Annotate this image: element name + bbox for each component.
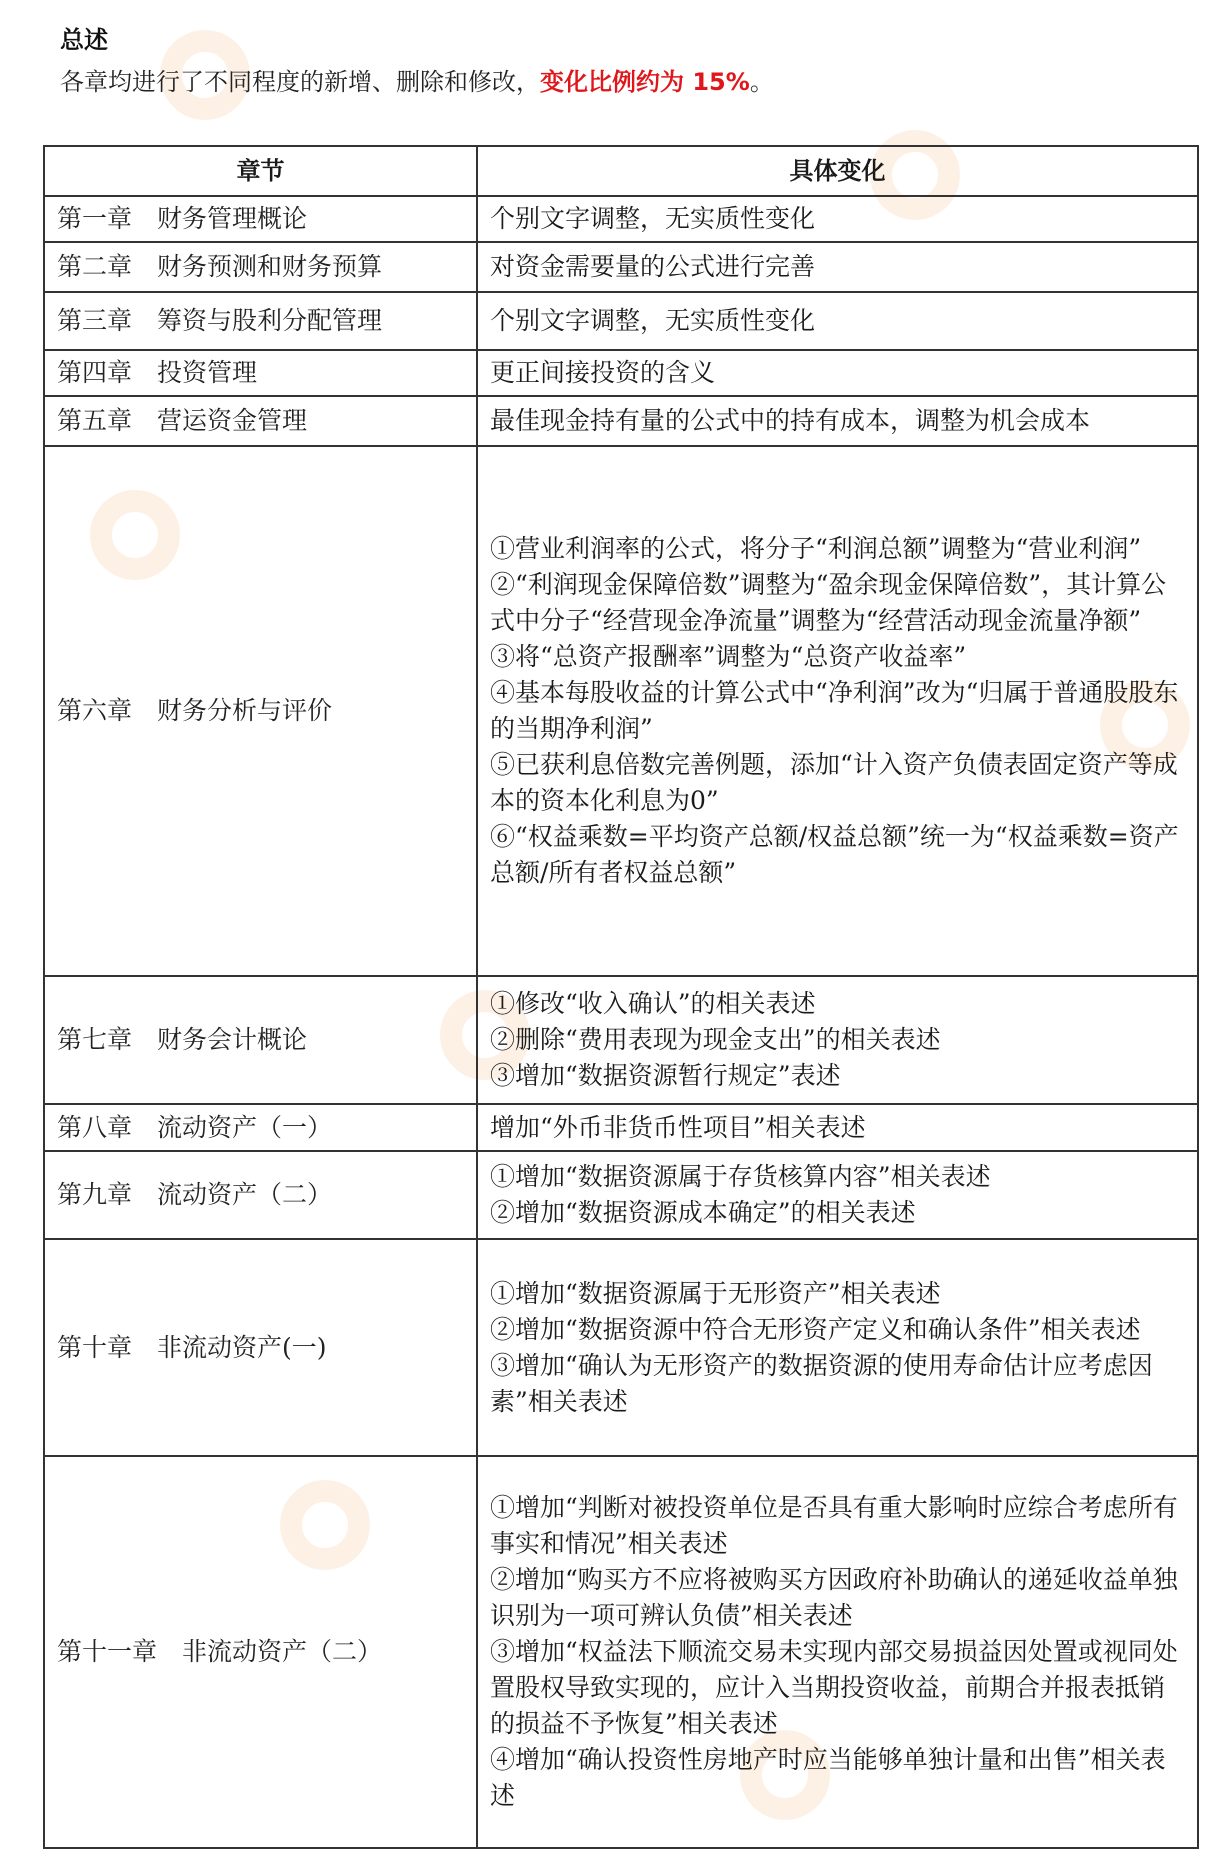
table-row: 第一章 财务管理概论个别文字调整，无实质性变化	[44, 196, 1198, 242]
change-item: ③增加“数据资源暂行规定”表述	[490, 1058, 1185, 1094]
chapter-cell: 第七章 财务会计概论	[44, 976, 477, 1104]
change-item: ④基本每股收益的计算公式中“净利润”改为“归属于普通股股东的当期净利润”	[490, 675, 1185, 747]
change-item: ②增加“数据资源成本确定”的相关表述	[490, 1195, 1185, 1231]
change-item: ②删除“费用表现为现金支出”的相关表述	[490, 1022, 1185, 1058]
change-item: ③增加“权益法下顺流交易未实现内部交易损益因处置或视同处置股权导致实现的，应计入…	[490, 1634, 1185, 1742]
changes-cell: ①增加“判断对被投资单位是否具有重大影响时应综合考虑所有事实和情况”相关表述②增…	[477, 1456, 1198, 1848]
chapter-cell: 第八章 流动资产（一）	[44, 1104, 477, 1151]
change-item: ③增加“确认为无形资产的数据资源的使用寿命估计应考虑因素”相关表述	[490, 1348, 1185, 1420]
changes-cell: ①营业利润率的公式，将分子“利润总额”调整为“营业利润”②“利润现金保障倍数”调…	[477, 446, 1198, 976]
change-item: 最佳现金持有量的公式中的持有成本，调整为机会成本	[490, 403, 1185, 439]
summary-highlight: 变化比例约为 15%	[540, 68, 750, 96]
change-item: 个别文字调整，无实质性变化	[490, 201, 1185, 237]
change-item: ②“利润现金保障倍数”调整为“盈余现金保障倍数”，其计算公式中分子“经营现金净流…	[490, 567, 1185, 639]
table-row: 第六章 财务分析与评价①营业利润率的公式，将分子“利润总额”调整为“营业利润”②…	[44, 446, 1198, 976]
changes-cell: ①修改“收入确认”的相关表述②删除“费用表现为现金支出”的相关表述③增加“数据资…	[477, 976, 1198, 1104]
change-item: ⑥“权益乘数=平均资产总额/权益总额”统一为“权益乘数=资产总额/所有者权益总额…	[490, 819, 1185, 891]
table-header-row: 章节 具体变化	[44, 146, 1198, 196]
change-item: ④增加“确认投资性房地产时应当能够单独计量和出售”相关表述	[490, 1742, 1185, 1814]
table-row: 第三章 筹资与股利分配管理个别文字调整，无实质性变化	[44, 292, 1198, 350]
changes-cell: ①增加“数据资源属于存货核算内容”相关表述②增加“数据资源成本确定”的相关表述	[477, 1151, 1198, 1239]
change-item: 对资金需要量的公式进行完善	[490, 249, 1185, 285]
chapter-cell: 第九章 流动资产（二）	[44, 1151, 477, 1239]
summary-text: 各章均进行了不同程度的新增、删除和修改，变化比例约为 15%。	[60, 62, 774, 97]
table-row: 第十章 非流动资产(一)①增加“数据资源属于无形资产”相关表述②增加“数据资源中…	[44, 1239, 1198, 1456]
changes-cell: 增加“外币非货币性项目”相关表述	[477, 1104, 1198, 1151]
changes-cell: 对资金需要量的公式进行完善	[477, 242, 1198, 292]
chapter-cell: 第十章 非流动资产(一)	[44, 1239, 477, 1456]
section-title: 总述	[60, 20, 108, 55]
summary-suffix: 。	[750, 68, 774, 96]
table-row: 第二章 财务预测和财务预算对资金需要量的公式进行完善	[44, 242, 1198, 292]
chapter-cell: 第四章 投资管理	[44, 350, 477, 396]
change-item: ①营业利润率的公式，将分子“利润总额”调整为“营业利润”	[490, 531, 1185, 567]
change-item: ⑤已获利息倍数完善例题，添加“计入资产负债表固定资产等成本的资本化利息为0”	[490, 747, 1185, 819]
changes-cell: 更正间接投资的含义	[477, 350, 1198, 396]
change-item: 更正间接投资的含义	[490, 355, 1185, 391]
change-item: ①增加“数据资源属于存货核算内容”相关表述	[490, 1159, 1185, 1195]
change-item: ③将“总资产报酬率”调整为“总资产收益率”	[490, 639, 1185, 675]
changes-cell: 个别文字调整，无实质性变化	[477, 292, 1198, 350]
change-item: ①增加“判断对被投资单位是否具有重大影响时应综合考虑所有事实和情况”相关表述	[490, 1490, 1185, 1562]
summary-prefix: 各章均进行了不同程度的新增、删除和修改，	[60, 68, 540, 96]
header-chapter: 章节	[44, 146, 477, 196]
header-changes: 具体变化	[477, 146, 1198, 196]
table-row: 第九章 流动资产（二）①增加“数据资源属于存货核算内容”相关表述②增加“数据资源…	[44, 1151, 1198, 1239]
change-item: ①增加“数据资源属于无形资产”相关表述	[490, 1276, 1185, 1312]
change-item: 增加“外币非货币性项目”相关表述	[490, 1110, 1185, 1146]
chapter-cell: 第二章 财务预测和财务预算	[44, 242, 477, 292]
changes-cell: ①增加“数据资源属于无形资产”相关表述②增加“数据资源中符合无形资产定义和确认条…	[477, 1239, 1198, 1456]
table-row: 第八章 流动资产（一）增加“外币非货币性项目”相关表述	[44, 1104, 1198, 1151]
chapter-cell: 第一章 财务管理概论	[44, 196, 477, 242]
table-row: 第四章 投资管理更正间接投资的含义	[44, 350, 1198, 396]
table-body: 第一章 财务管理概论个别文字调整，无实质性变化第二章 财务预测和财务预算对资金需…	[44, 196, 1198, 1848]
table-row: 第十一章 非流动资产（二）①增加“判断对被投资单位是否具有重大影响时应综合考虑所…	[44, 1456, 1198, 1848]
change-item: 个别文字调整，无实质性变化	[490, 303, 1185, 339]
change-item: ②增加“购买方不应将被购买方因政府补助确认的递延收益单独识别为一项可辨认负债”相…	[490, 1562, 1185, 1634]
changes-cell: 最佳现金持有量的公式中的持有成本，调整为机会成本	[477, 396, 1198, 446]
chapter-cell: 第三章 筹资与股利分配管理	[44, 292, 477, 350]
table-row: 第七章 财务会计概论①修改“收入确认”的相关表述②删除“费用表现为现金支出”的相…	[44, 976, 1198, 1104]
chapter-cell: 第十一章 非流动资产（二）	[44, 1456, 477, 1848]
changes-table: 章节 具体变化 第一章 财务管理概论个别文字调整，无实质性变化第二章 财务预测和…	[43, 145, 1199, 1849]
chapter-cell: 第六章 财务分析与评价	[44, 446, 477, 976]
chapter-cell: 第五章 营运资金管理	[44, 396, 477, 446]
change-item: ②增加“数据资源中符合无形资产定义和确认条件”相关表述	[490, 1312, 1185, 1348]
table-row: 第五章 营运资金管理最佳现金持有量的公式中的持有成本，调整为机会成本	[44, 396, 1198, 446]
changes-cell: 个别文字调整，无实质性变化	[477, 196, 1198, 242]
change-item: ①修改“收入确认”的相关表述	[490, 986, 1185, 1022]
